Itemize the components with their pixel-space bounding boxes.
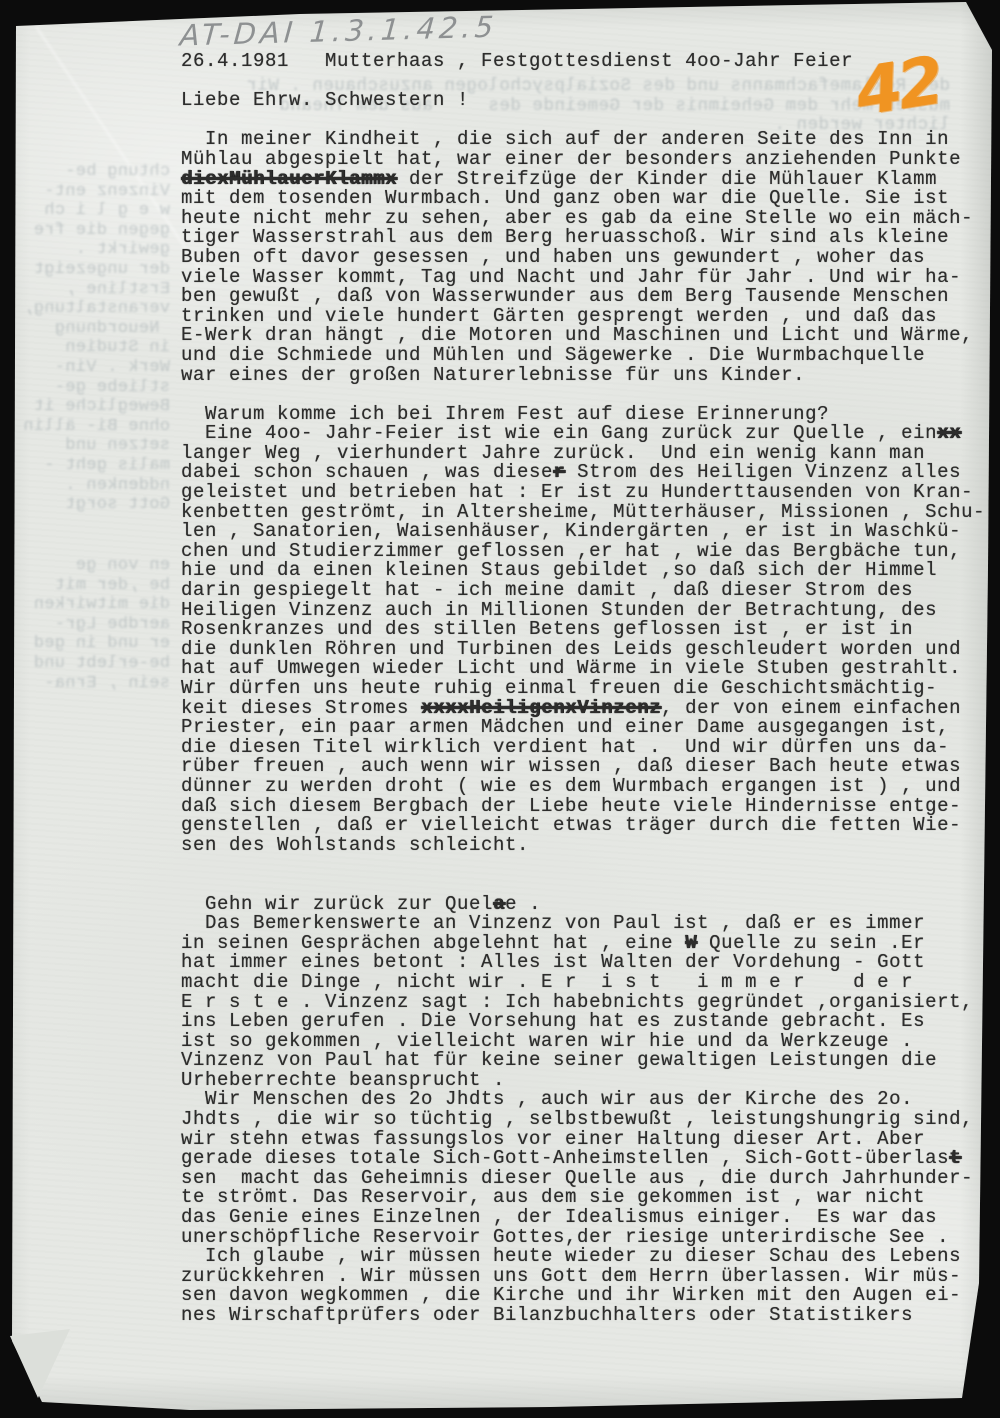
bleed-through-line: Werk . Vin-	[8, 358, 170, 378]
text-line: genstellen , daß er vielleicht etwas trä…	[181, 814, 981, 834]
text-line: Mühlau abgespielt hat, war einer der bes…	[181, 148, 981, 168]
text-line: tiger Wasserstrahl aus dem Berg heruassc…	[181, 226, 981, 246]
text-line: dünner zu werden droht ( wie es dem Wurm…	[181, 775, 981, 795]
text-line: E-Werk dran hängt , die Motoren und Masc…	[181, 324, 981, 344]
text-line: ist so gekommen , vielleicht waren wir h…	[181, 1030, 981, 1050]
bleed-through-line: die mitwirken	[8, 595, 170, 615]
text-line: chen und Studierzimmer geflossen ,er hat…	[181, 540, 981, 560]
text-line: gerade dieses totale Sich-Gott-Anheimste…	[181, 1147, 981, 1167]
text-line: Ich glaube , wir müssen heute wieder zu …	[181, 1245, 981, 1265]
bleed-through-line: en von ge	[8, 556, 170, 576]
bleed-through-line: veranstaltung,	[8, 299, 170, 319]
text-line: wir stehn etwas fassungslos vor einer Ha…	[181, 1128, 981, 1148]
text-line: Wir dürfen uns heute ruhig einmal freuen…	[181, 677, 981, 697]
text-line: Urheberrechte beansprucht .	[181, 1069, 981, 1089]
bleed-through-line: setzen und	[8, 436, 170, 456]
text-line: keit dieses Stromes xxxxHeiligenxVinzenz…	[181, 697, 981, 717]
text-line: die dunklen Röhren und Turbinen des Leid…	[181, 638, 981, 658]
text-line: in seinen Gesprächen abgelehnt hat , ein…	[181, 932, 981, 952]
bleed-through-line: stliebe ge-	[8, 378, 170, 398]
bleed-through-line: chtung be-	[8, 162, 170, 182]
text-line: Liebe Ehrw. Schwestern !	[181, 89, 981, 109]
text-line: In meiner Kindheit , die sich auf der an…	[181, 128, 981, 148]
text-line: Wir Menschen des 2o Jhdts , auch wir aus…	[181, 1088, 981, 1108]
bleed-through-line: be-erlebt und	[8, 654, 170, 674]
text-line: macht die Dinge , nicht wir . E r i s t …	[181, 971, 981, 991]
bleed-through-line: w e g l i ch	[8, 201, 170, 221]
text-line: sen macht das Geheimnis dieser Quelle au…	[181, 1167, 981, 1187]
text-line: diexMühlauerKlammx der Streifzüge der Ki…	[181, 168, 981, 188]
text-line: die diesen Titel wirklich verdient hat .…	[181, 736, 981, 756]
text-line: hat immer eines betont : Alles ist Walte…	[181, 951, 981, 971]
text-line: sen des Wohlstands schleicht.	[181, 834, 981, 854]
text-line: unerschöpfliche Reservoir Gottes,der rie…	[181, 1226, 981, 1246]
text-line: nes Wirschaftprüfers oder Bilanzbuchhalt…	[181, 1304, 981, 1324]
text-line: Gehn wir zurück zur Quelae .	[181, 893, 981, 913]
text-line: Eine 4oo- Jahr-Feier ist wie ein Gang zu…	[181, 422, 981, 442]
bleed-through-line: malis geht -	[8, 456, 170, 476]
scanned-document: des Reklamefachmanns und des Sozialpsych…	[0, 0, 1000, 1418]
text-line: trinken und viele hundert Gärten gespren…	[181, 305, 981, 325]
text-line: daß sich diesem Bergbach der Liebe heute…	[181, 795, 981, 815]
text-line: ben gewußt , daß von Wasserwunder aus de…	[181, 285, 981, 305]
bleed-through-line: aerdbe Lgr-	[8, 615, 170, 635]
bleed-through-line: Gott sorgt	[8, 495, 170, 515]
text-line: das Genie eines Einzelnen , der Idealism…	[181, 1206, 981, 1226]
text-line: darin gespiegelt hat - ich meine damit ,…	[181, 579, 981, 599]
bleed-through-line: Vinzenz ent-	[8, 182, 170, 202]
text-line: Vinzenz von Paul hat für keine seiner ge…	[181, 1049, 981, 1069]
bleed-through-line: Neuordnung	[8, 319, 170, 339]
text-line: dabei schon schauen , was dieser Strom d…	[181, 461, 981, 481]
bleed-through-line: sein , Erna-	[8, 674, 170, 694]
text-line: kenbetten geströmt, in Altersheime, Mütt…	[181, 501, 981, 521]
text-line: hie und da einen kleinen Staus gebildet …	[181, 559, 981, 579]
bleed-through-line: Bewegliche it	[8, 397, 170, 417]
text-line: 26.4.1981 Mutterhaas , Festgottesdienst …	[181, 50, 981, 70]
text-line: Priester, ein paar armen Mädchen und ein…	[181, 716, 981, 736]
bleed-through-line: er und in ged	[8, 634, 170, 654]
bleed-through-text: en von gebe ,der mitdie mitwirkenaerdbe …	[8, 556, 170, 693]
text-line: zurückkehren . Wir müssen uns Gott dem H…	[181, 1265, 981, 1285]
text-line: viele Wasser kommt, Tag und Nacht und Ja…	[181, 266, 981, 286]
text-line: E r s t e . Vinzenz sagt : Ich habebnich…	[181, 991, 981, 1011]
text-line: te strömt. Das Reservoir, aus dem sie ge…	[181, 1186, 981, 1206]
bleed-through-line: gegen die fre	[8, 221, 170, 241]
bleed-through-line: der ungezeigt	[8, 260, 170, 280]
text-line: Jhdts , die wir so tüchtig , selbstbewuß…	[181, 1108, 981, 1128]
text-line: len , Sanatorien, Waisenhäuser, Kindergä…	[181, 520, 981, 540]
text-line: hat auf Umwegen wieder Licht und Wärme i…	[181, 657, 981, 677]
text-line: Das Bemerkenswerte an Vinzenz von Paul i…	[181, 912, 981, 932]
text-line: Warum komme ich bei Ihrem Fest auf diese…	[181, 403, 981, 423]
text-line: Buben oft davor gesessen , und haben uns…	[181, 246, 981, 266]
text-line: langer Weg , vierhundert Jahre zurück. U…	[181, 442, 981, 462]
bleed-through-line: Erstline ,	[8, 280, 170, 300]
text-line	[181, 70, 981, 90]
bleed-through-text: chtung be-Vinzenz ent-w e g l i chgegen …	[8, 162, 170, 515]
bleed-through-line: in Studien	[8, 338, 170, 358]
text-line: heute nicht mehr zu sehen, aber es gab d…	[181, 207, 981, 227]
text-line: sen davon wegkommen , die Kirche und ihr…	[181, 1284, 981, 1304]
bleed-through-line: ohne Bi- ällin	[8, 417, 170, 437]
text-line	[181, 109, 981, 129]
bleed-through-line: be ,der mit	[8, 576, 170, 596]
typed-text: 26.4.1981 Mutterhaas , Festgottesdienst …	[181, 50, 981, 1324]
text-segment: Eine 4oo- Jahr-Feier ist wie ein Gang zu…	[181, 422, 937, 444]
text-line: war eines der großen Naturerlebnisse für…	[181, 364, 981, 384]
text-line: und die Schmiede und Mühlen und Sägewerk…	[181, 344, 981, 364]
bleed-through-line: nddenken .	[8, 476, 170, 496]
text-segment: gerade dieses totale Sich-Gott-Anheimste…	[181, 1147, 949, 1169]
text-line	[181, 383, 981, 403]
overstruck-text: t	[949, 1147, 961, 1169]
overstruck-text: xx	[937, 422, 961, 444]
bleed-through-line: gewirkt .	[8, 240, 170, 260]
text-line: Rosenkranzes und des stillen Betens gefl…	[181, 618, 981, 638]
text-line: Heiligen Vinzenz auch in Millionen Stund…	[181, 599, 981, 619]
text-line	[181, 873, 981, 893]
text-line: geleistet und betrieben hat : Er ist zu …	[181, 481, 981, 501]
text-line: mit dem tosenden Wurmbach. Und ganz oben…	[181, 187, 981, 207]
text-line	[181, 853, 981, 873]
text-line: rüber freuen , auch wenn wir wissen , da…	[181, 755, 981, 775]
text-line: ins Leben gerufen . Die Vorsehung hat es…	[181, 1010, 981, 1030]
